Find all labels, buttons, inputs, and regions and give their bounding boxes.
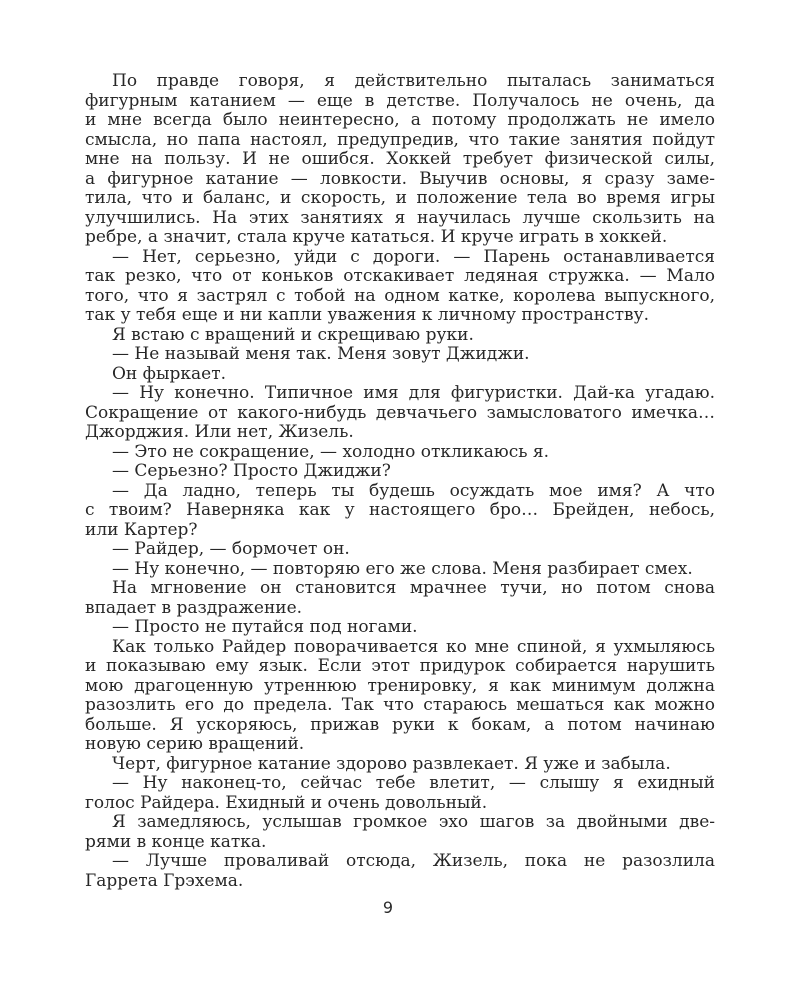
text-line: — Просто не путайся под ногами. (85, 618, 715, 638)
text-line: впадает в раздражение. (85, 599, 715, 619)
text-line: — Не называй меня так. Меня зовут Джиджи… (85, 345, 715, 365)
text-line: — Райдер, — бормочет он. (85, 540, 715, 560)
text-line: с твоим? Наверняка как у настоящего бро…… (85, 501, 715, 521)
text-line: — Нет, серьезно, уйди с дороги. — Парень… (85, 248, 715, 268)
text-line: а фигурное катание — ловкости. Выучив ос… (85, 170, 715, 190)
page-number: 9 (85, 898, 691, 917)
text-line: тила, что и баланс, и скорость, и положе… (85, 189, 715, 209)
text-line: — Ну конечно. Типичное имя для фигуристк… (85, 384, 715, 404)
text-line: — Лучше проваливай отсюда, Жизель, пока … (85, 852, 715, 872)
text-line: мне на пользу. И не ошибся. Хоккей требу… (85, 150, 715, 170)
text-line: больше. Я ускоряюсь, прижав руки к бокам… (85, 716, 715, 736)
text-line: так резко, что от коньков отскакивает ле… (85, 267, 715, 287)
text-line: — Да ладно, теперь ты будешь осуждать мо… (85, 482, 715, 502)
text-line: и показываю ему язык. Если этот придурок… (85, 657, 715, 677)
text-line: голос Райдера. Ехидный и очень довольный… (85, 794, 715, 814)
text-line: мою драгоценную утреннюю тренировку, я к… (85, 677, 715, 697)
text-line: Гаррета Грэхема. (85, 872, 715, 892)
text-line: — Серьезно? Просто Джиджи? (85, 462, 715, 482)
text-line: На мгновение он становится мрачнее тучи,… (85, 579, 715, 599)
text-line: или Картер? (85, 521, 715, 541)
text-line: Как только Райдер поворачивается ко мне … (85, 638, 715, 658)
text-line: ребре, а значит, стала круче кататься. И… (85, 228, 715, 248)
text-line: улучшились. На этих занятиях я научилась… (85, 209, 715, 229)
text-line: — Это не сокращение, — холодно откликаюс… (85, 443, 715, 463)
text-line: новую серию вращений. (85, 735, 715, 755)
text-line: разозлить его до предела. Так что стараю… (85, 696, 715, 716)
text-line: смысла, но папа настоял, предупредив, чт… (85, 131, 715, 151)
text-line: фигурным катанием — еще в детстве. Получ… (85, 92, 715, 112)
page-text: По правде говоря, я действительно пытала… (85, 72, 715, 891)
text-line: Сокращение от какого-нибудь девчачьего з… (85, 404, 715, 424)
text-line: рями в конце катка. (85, 833, 715, 853)
text-line: того, что я застрял с тобой на одном кат… (85, 287, 715, 307)
book-page: По правде говоря, я действительно пытала… (0, 0, 800, 1000)
text-line: — Ну конечно, — повторяю его же слова. М… (85, 560, 715, 580)
text-line: По правде говоря, я действительно пытала… (85, 72, 715, 92)
text-line: и мне всегда было неинтересно, а потому … (85, 111, 715, 131)
text-line: Джорджия. Или нет, Жизель. (85, 423, 715, 443)
text-line: Я встаю с вращений и скрещиваю руки. (85, 326, 715, 346)
text-line: — Ну наконец-то, сейчас тебе влетит, — с… (85, 774, 715, 794)
text-line: так у тебя еще и ни капли уважения к лич… (85, 306, 715, 326)
text-line: Он фыркает. (85, 365, 715, 385)
text-line: Черт, фигурное катание здорово развлекае… (85, 755, 715, 775)
text-line: Я замедляюсь, услышав громкое эхо шагов … (85, 813, 715, 833)
